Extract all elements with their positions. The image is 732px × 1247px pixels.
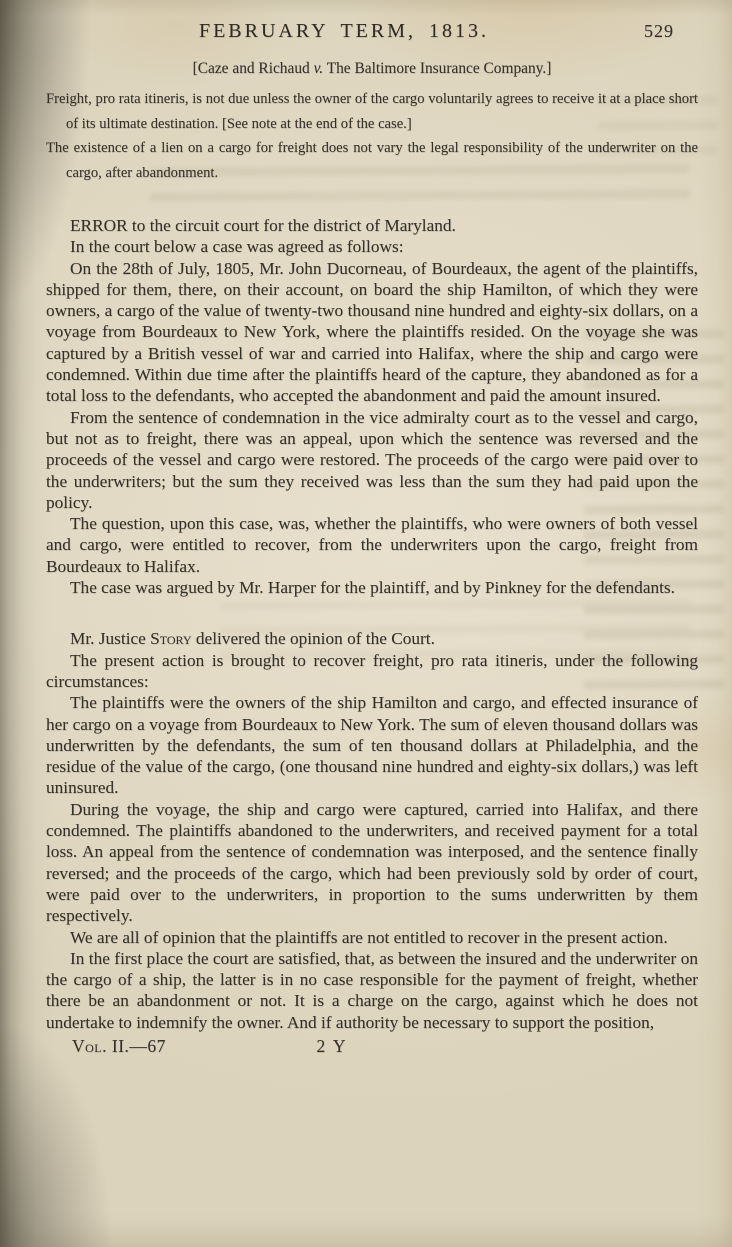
page-number: 529: [644, 21, 674, 42]
body-paragraph-shipment: On the 28th of July, 1805, Mr. John Duco…: [46, 258, 698, 407]
opinion-section: Mr. Justice Story delivered the opinion …: [46, 628, 698, 1033]
running-title: FEBRUARY TERM, 1813.: [46, 20, 642, 43]
case-caption-pre: [Caze and Richaud: [193, 60, 314, 77]
opinion-paragraph-holding: We are all of opinion that the plaintiff…: [46, 927, 698, 948]
opinion-paragraph-action: The present action is brought to recover…: [46, 650, 698, 693]
body-paragraph-error: ERROR to the circuit court for the distr…: [46, 215, 698, 236]
case-caption-versus: v.: [314, 60, 324, 77]
headnote-lien: The existence of a lien on a cargo for f…: [46, 136, 698, 185]
case-statement: ERROR to the circuit court for the distr…: [46, 215, 698, 598]
page-content: FEBRUARY TERM, 1813. 529 [Caze and Richa…: [0, 0, 732, 1066]
body-paragraph-appeal: From the sentence of condemnation in the…: [46, 407, 698, 513]
body-paragraph-question: The question, upon this case, was, wheth…: [46, 513, 698, 577]
opinion-lead-prefix: Mr. Justice: [70, 629, 150, 648]
case-caption-post: The Baltimore Insurance Company.]: [323, 60, 551, 77]
opinion-paragraph-insurance: The plaintiffs were the owners of the sh…: [46, 692, 698, 798]
scanned-book-page: FEBRUARY TERM, 1813. 529 [Caze and Richa…: [0, 0, 732, 1247]
justice-name: Story: [150, 629, 191, 648]
case-caption: [Caze and Richaud v. The Baltimore Insur…: [46, 60, 698, 78]
opinion-paragraph-capture: During the voyage, the ship and cargo we…: [46, 799, 698, 927]
headnote-freight: Freight, pro rata itineris, is not due u…: [46, 87, 698, 136]
opinion-lead-suffix: delivered the opinion of the Court.: [192, 629, 435, 648]
page-footer: 2 Y Vol. II.—67: [46, 1036, 698, 1066]
body-paragraph-counsel: The case was argued by Mr. Harper for th…: [46, 577, 698, 598]
body-paragraph-agreed-case: In the court below a case was agreed as …: [46, 236, 698, 257]
opinion-paragraph-reasoning: In the first place the court are satisfi…: [46, 948, 698, 1033]
opinion-lead: Mr. Justice Story delivered the opinion …: [46, 628, 698, 649]
headnotes: Freight, pro rata itineris, is not due u…: [46, 87, 698, 185]
page-header: FEBRUARY TERM, 1813. 529: [46, 20, 698, 48]
volume-label: Vol. II.—67: [72, 1036, 166, 1057]
